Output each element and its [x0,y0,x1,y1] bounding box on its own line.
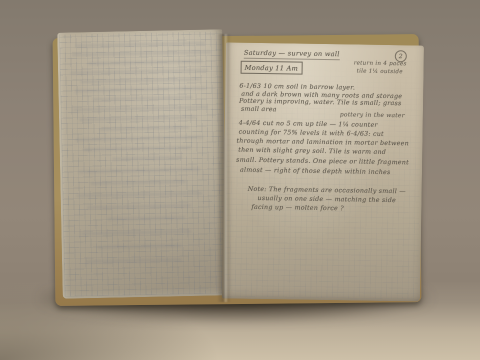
handwritten-line: facing up — molten force ? [251,204,344,212]
right-page: Saturday — survey on wall 2 Monday 11 Am… [222,42,424,301]
center-fold [217,34,231,302]
page-title: Saturday — survey on wall [244,49,340,60]
left-page [57,29,228,298]
margin-note: return in 4 paces [354,60,407,67]
notebook-photo: Saturday — survey on wall 2 Monday 11 Am… [0,0,480,360]
margin-note: tile 1¼ outside [357,69,403,76]
handwritten-line: small area [241,106,277,114]
aside-note: pottery in the water [340,112,405,119]
date-box: Monday 11 Am [241,61,304,74]
